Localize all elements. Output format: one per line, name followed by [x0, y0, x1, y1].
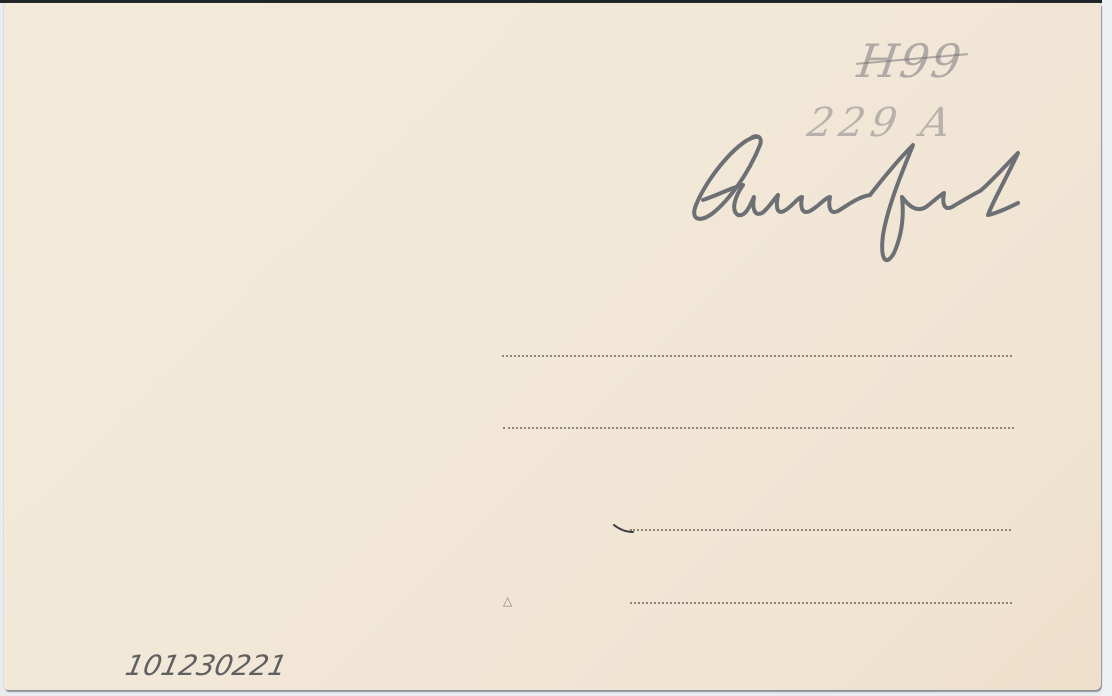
scanner-bed-right: [1102, 0, 1112, 696]
address-line-3: [630, 529, 1011, 531]
address-line-2: [503, 427, 1014, 429]
handwritten-signature: [688, 125, 1028, 270]
address-line-4: [630, 602, 1012, 604]
triangle-mark: △: [503, 594, 512, 608]
serial-number: 101230221: [122, 649, 289, 682]
pen-tick-mark: [613, 523, 637, 535]
address-line-1: [502, 355, 1012, 357]
